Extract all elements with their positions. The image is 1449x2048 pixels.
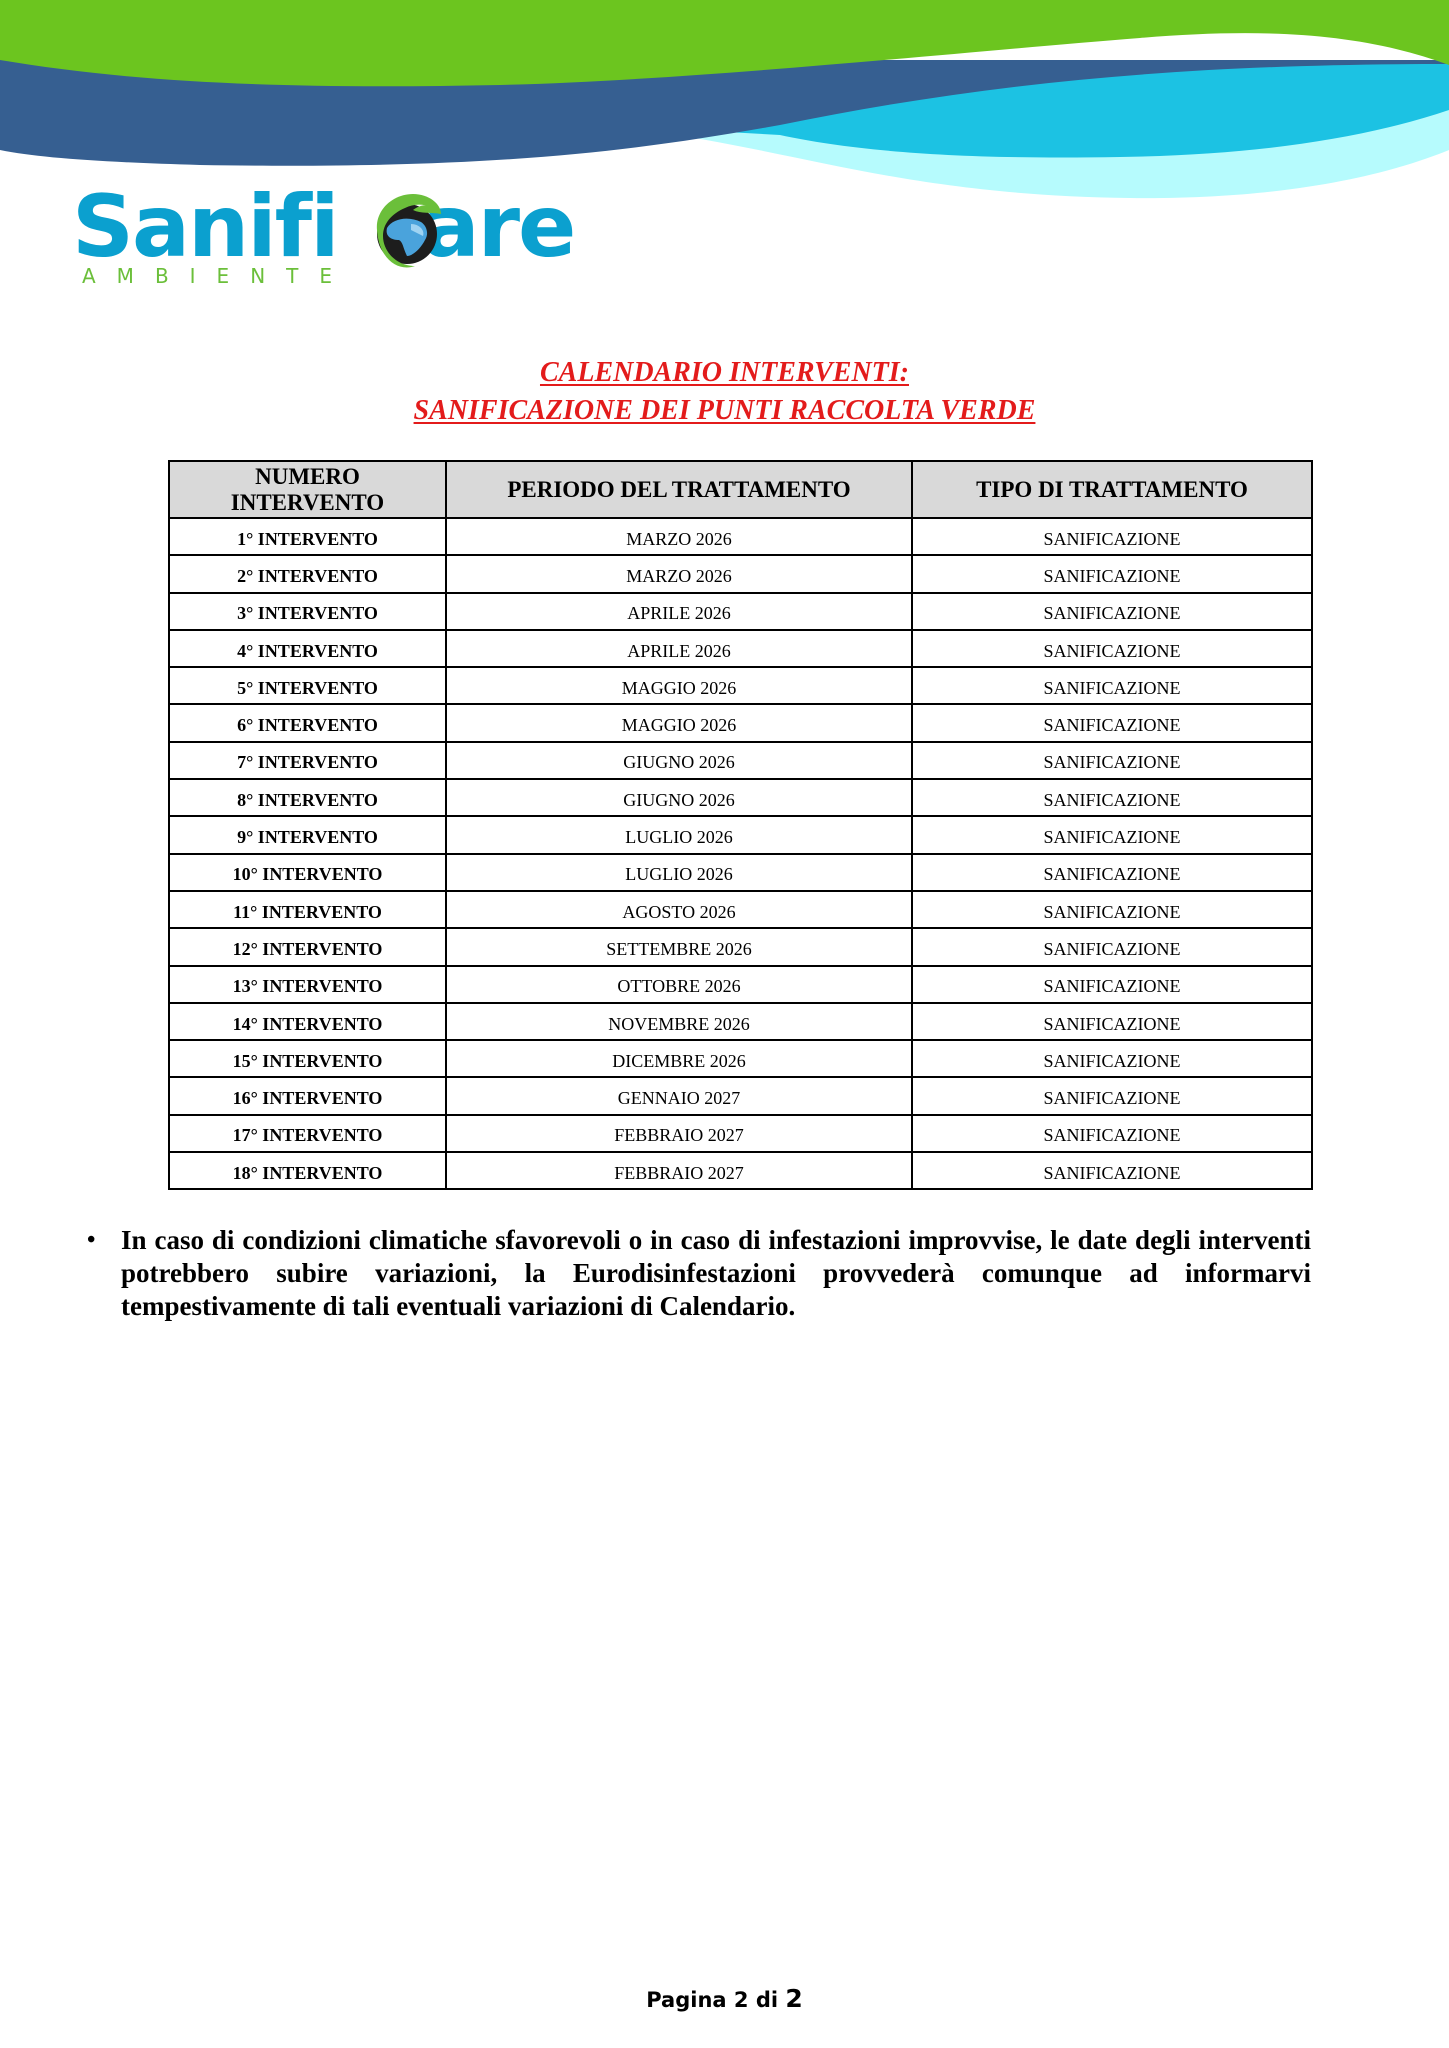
cell-type: SANIFICAZIONE: [912, 593, 1312, 630]
table-row: 6° INTERVENTOMAGGIO 2026SANIFICAZIONE: [169, 704, 1312, 741]
table-row: 15° INTERVENTODICEMBRE 2026SANIFICAZIONE: [169, 1040, 1312, 1077]
cell-number: 7° INTERVENTO: [169, 742, 446, 779]
cell-type: SANIFICAZIONE: [912, 779, 1312, 816]
cell-type: SANIFICAZIONE: [912, 1003, 1312, 1040]
cell-period: OTTOBRE 2026: [446, 966, 912, 1003]
document-title-line2: SANIFICAZIONE DEI PUNTI RACCOLTA VERDE: [0, 392, 1449, 430]
cell-type: SANIFICAZIONE: [912, 667, 1312, 704]
table-header-row: NUMERO INTERVENTO PERIODO DEL TRATTAMENT…: [169, 461, 1312, 518]
logo-subtitle: AMBIENTE: [82, 264, 353, 288]
table-row: 1° INTERVENTOMARZO 2026SANIFICAZIONE: [169, 518, 1312, 555]
cell-type: SANIFICAZIONE: [912, 928, 1312, 965]
bullet-icon: •: [87, 1224, 95, 1257]
cell-number: 11° INTERVENTO: [169, 891, 446, 928]
cell-number: 2° INTERVENTO: [169, 555, 446, 592]
table-row: 8° INTERVENTOGIUGNO 2026SANIFICAZIONE: [169, 779, 1312, 816]
cell-type: SANIFICAZIONE: [912, 891, 1312, 928]
cell-period: AGOSTO 2026: [446, 891, 912, 928]
logo-text-part1: Sanifi: [72, 177, 338, 277]
cell-period: SETTEMBRE 2026: [446, 928, 912, 965]
cell-number: 4° INTERVENTO: [169, 630, 446, 667]
cell-type: SANIFICAZIONE: [912, 816, 1312, 853]
cell-period: MAGGIO 2026: [446, 667, 912, 704]
table-row: 4° INTERVENTOAPRILE 2026SANIFICAZIONE: [169, 630, 1312, 667]
page-number: Pagina 2 di 2: [0, 1984, 1449, 2013]
cell-period: APRILE 2026: [446, 593, 912, 630]
cell-type: SANIFICAZIONE: [912, 630, 1312, 667]
table-row: 7° INTERVENTOGIUGNO 2026SANIFICAZIONE: [169, 742, 1312, 779]
cell-type: SANIFICAZIONE: [912, 966, 1312, 1003]
cell-number: 5° INTERVENTO: [169, 667, 446, 704]
note-text: In caso di condizioni climatiche sfavore…: [121, 1225, 1311, 1321]
cell-type: SANIFICAZIONE: [912, 742, 1312, 779]
cell-period: MARZO 2026: [446, 555, 912, 592]
cell-number: 15° INTERVENTO: [169, 1040, 446, 1077]
cell-period: LUGLIO 2026: [446, 816, 912, 853]
page-number-total: 2: [785, 1984, 802, 2013]
cell-type: SANIFICAZIONE: [912, 1115, 1312, 1152]
cell-number: 9° INTERVENTO: [169, 816, 446, 853]
cell-number: 13° INTERVENTO: [169, 966, 446, 1003]
cell-period: GENNAIO 2027: [446, 1077, 912, 1114]
cell-type: SANIFICAZIONE: [912, 1152, 1312, 1189]
table-row: 13° INTERVENTOOTTOBRE 2026SANIFICAZIONE: [169, 966, 1312, 1003]
intervention-schedule-table: NUMERO INTERVENTO PERIODO DEL TRATTAMENT…: [168, 460, 1313, 1190]
table-row: 3° INTERVENTOAPRILE 2026SANIFICAZIONE: [169, 593, 1312, 630]
table-row: 11° INTERVENTOAGOSTO 2026SANIFICAZIONE: [169, 891, 1312, 928]
cell-period: NOVEMBRE 2026: [446, 1003, 912, 1040]
cell-period: APRILE 2026: [446, 630, 912, 667]
document-title-line1: CALENDARIO INTERVENTI:: [0, 354, 1449, 392]
cell-number: 3° INTERVENTO: [169, 593, 446, 630]
table-row: 18° INTERVENTOFEBBRAIO 2027SANIFICAZIONE: [169, 1152, 1312, 1189]
cell-period: MAGGIO 2026: [446, 704, 912, 741]
cell-type: SANIFICAZIONE: [912, 518, 1312, 555]
table-row: 16° INTERVENTOGENNAIO 2027SANIFICAZIONE: [169, 1077, 1312, 1114]
table-body: 1° INTERVENTOMARZO 2026SANIFICAZIONE2° I…: [169, 518, 1312, 1189]
header-type: TIPO DI TRATTAMENTO: [912, 461, 1312, 518]
page-number-prefix: Pagina 2 di: [646, 1988, 785, 2012]
cell-period: FEBBRAIO 2027: [446, 1152, 912, 1189]
cell-period: LUGLIO 2026: [446, 854, 912, 891]
notes-list: • In caso di condizioni climatiche sfavo…: [84, 1224, 1311, 1323]
header-period: PERIODO DEL TRATTAMENTO: [446, 461, 912, 518]
table-row: 14° INTERVENTONOVEMBRE 2026SANIFICAZIONE: [169, 1003, 1312, 1040]
cell-number: 10° INTERVENTO: [169, 854, 446, 891]
cell-type: SANIFICAZIONE: [912, 704, 1312, 741]
globe-leaf-icon: [369, 190, 445, 272]
cell-type: SANIFICAZIONE: [912, 854, 1312, 891]
cell-period: GIUGNO 2026: [446, 779, 912, 816]
cell-number: 14° INTERVENTO: [169, 1003, 446, 1040]
table-row: 9° INTERVENTOLUGLIO 2026SANIFICAZIONE: [169, 816, 1312, 853]
cell-type: SANIFICAZIONE: [912, 1040, 1312, 1077]
cell-type: SANIFICAZIONE: [912, 1077, 1312, 1114]
table-row: 10° INTERVENTOLUGLIO 2026SANIFICAZIONE: [169, 854, 1312, 891]
cell-period: GIUGNO 2026: [446, 742, 912, 779]
table-row: 17° INTERVENTOFEBBRAIO 2027SANIFICAZIONE: [169, 1115, 1312, 1152]
logo-wordmark: Sanifiare: [72, 182, 574, 272]
cell-number: 17° INTERVENTO: [169, 1115, 446, 1152]
header-number: NUMERO INTERVENTO: [169, 461, 446, 518]
note-item: • In caso di condizioni climatiche sfavo…: [84, 1224, 1311, 1323]
table-row: 5° INTERVENTOMAGGIO 2026SANIFICAZIONE: [169, 667, 1312, 704]
table-row: 12° INTERVENTOSETTEMBRE 2026SANIFICAZION…: [169, 928, 1312, 965]
cell-number: 8° INTERVENTO: [169, 779, 446, 816]
cell-type: SANIFICAZIONE: [912, 555, 1312, 592]
table-row: 2° INTERVENTOMARZO 2026SANIFICAZIONE: [169, 555, 1312, 592]
cell-number: 6° INTERVENTO: [169, 704, 446, 741]
company-logo: Sanifiare AMBIENTE: [72, 182, 612, 292]
cell-number: 16° INTERVENTO: [169, 1077, 446, 1114]
cell-period: MARZO 2026: [446, 518, 912, 555]
cell-period: FEBBRAIO 2027: [446, 1115, 912, 1152]
cell-number: 12° INTERVENTO: [169, 928, 446, 965]
cell-number: 18° INTERVENTO: [169, 1152, 446, 1189]
cell-number: 1° INTERVENTO: [169, 518, 446, 555]
cell-period: DICEMBRE 2026: [446, 1040, 912, 1077]
